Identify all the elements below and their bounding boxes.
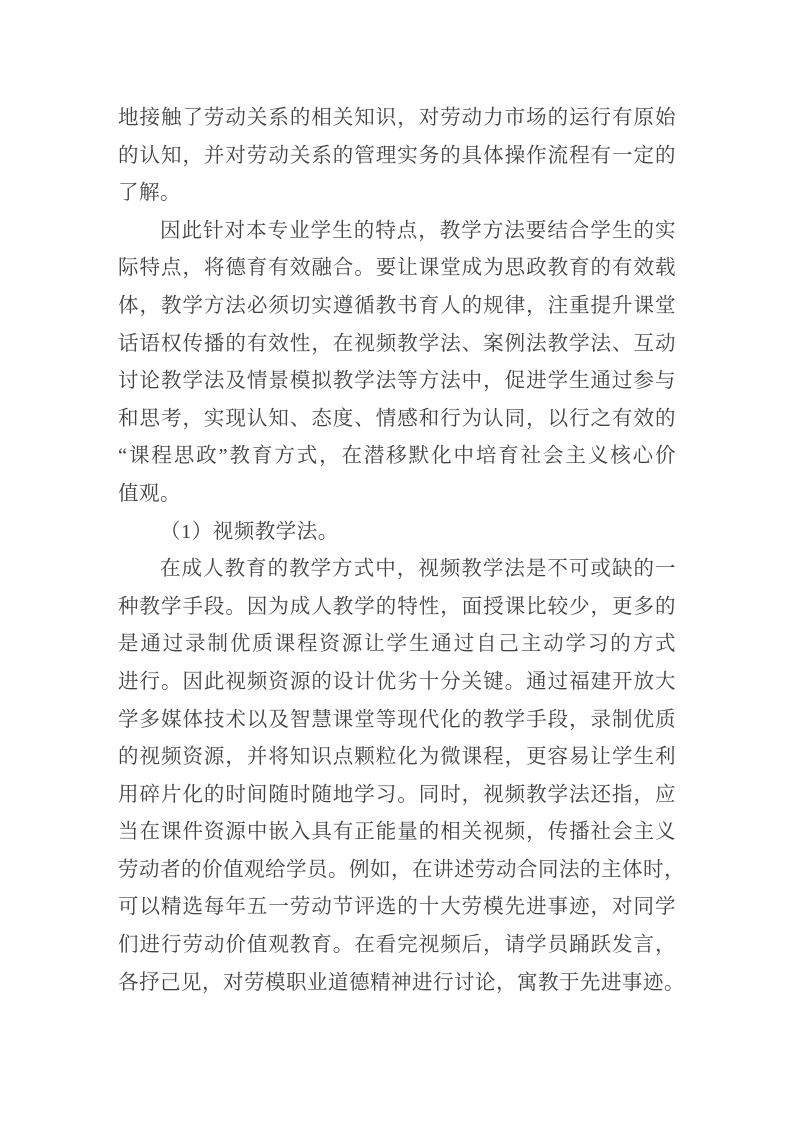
text-line: 因此针对本专业学生的特点，教学方法要结合学生的实 xyxy=(118,213,676,251)
text-line: 话语权传播的有效性，在视频教学法、案例法教学法、互动 xyxy=(118,326,676,364)
text-line-section-heading: （1）视频教学法。 xyxy=(118,514,676,552)
text-line: 各抒己见，对劳模职业道德精神进行讨论，寓教于先进事迹。 xyxy=(118,965,676,1003)
text-line: 可以精选每年五一劳动节评选的十大劳模先进事迹，对同学 xyxy=(118,889,676,927)
text-line: 值观。 xyxy=(118,476,676,514)
text-line: 的认知，并对劳动关系的管理实务的具体操作流程有一定的 xyxy=(118,138,676,176)
text-line: 劳动者的价值观给学员。例如，在讲述劳动合同法的主体时， xyxy=(118,852,676,890)
text-line: 种教学手段。因为成人教学的特性，面授课比较少，更多的 xyxy=(118,589,676,627)
text-line: 地接触了劳动关系的相关知识，对劳动力市场的运行有原始 xyxy=(118,100,676,138)
text-line: 当在课件资源中嵌入具有正能量的相关视频，传播社会主义 xyxy=(118,814,676,852)
text-line: 用碎片化的时间随时随地学习。同时，视频教学法还指，应 xyxy=(118,777,676,815)
document-page: 地接触了劳动关系的相关知识，对劳动力市场的运行有原始 的认知，并对劳动关系的管理… xyxy=(0,0,794,1123)
text-line: 体，教学方法必须切实遵循教书育人的规律，注重提升课堂 xyxy=(118,288,676,326)
text-line: 和思考，实现认知、态度、情感和行为认同，以行之有效的 xyxy=(118,401,676,439)
text-line: 讨论教学法及情景模拟教学法等方法中，促进学生通过参与 xyxy=(118,363,676,401)
text-line: 的视频资源，并将知识点颗粒化为微课程，更容易让学生利 xyxy=(118,739,676,777)
text-line: 在成人教育的教学方式中，视频教学法是不可或缺的一 xyxy=(118,551,676,589)
text-line: 了解。 xyxy=(118,175,676,213)
text-line: 进行。因此视频资源的设计优劣十分关键。通过福建开放大 xyxy=(118,664,676,702)
text-line: 是通过录制优质课程资源让学生通过自己主动学习的方式 xyxy=(118,626,676,664)
text-line: 学多媒体技术以及智慧课堂等现代化的教学手段，录制优质 xyxy=(118,702,676,740)
text-block: 地接触了劳动关系的相关知识，对劳动力市场的运行有原始 的认知，并对劳动关系的管理… xyxy=(118,100,676,1002)
text-line: “课程思政”教育方式，在潜移默化中培育社会主义核心价 xyxy=(118,438,676,476)
text-line: 际特点，将德育有效融合。要让课堂成为思政教育的有效载 xyxy=(118,250,676,288)
text-line: 们进行劳动价值观教育。在看完视频后，请学员踊跃发言， xyxy=(118,927,676,965)
